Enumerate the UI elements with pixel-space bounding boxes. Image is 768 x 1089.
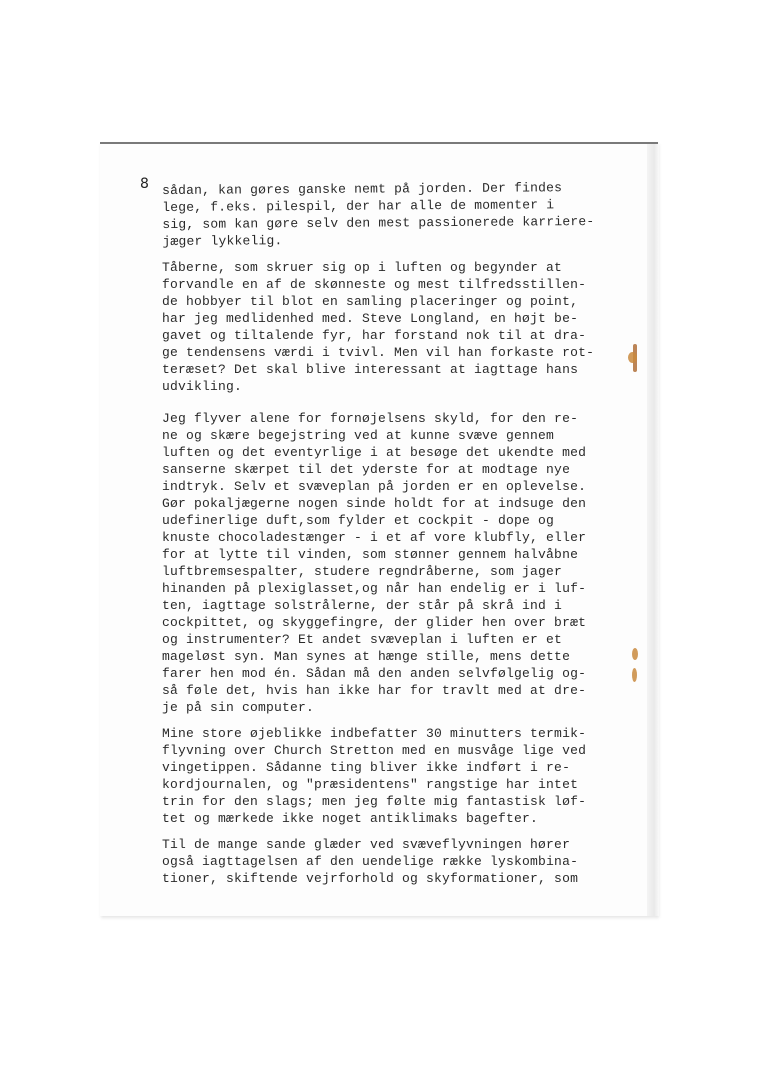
document-page: 8 sådan, kan gøres ganske nemt på jorden… [100,142,658,916]
paragraph: Mine store øjeblikke indbefatter 30 minu… [162,725,642,827]
paragraph: sådan, kan gøres ganske nemt på jorden. … [162,179,642,250]
paragraph: Tåberne, som skruer sig op i luften og b… [162,259,642,395]
paragraph: Jeg flyver alene for fornøjelsens skyld,… [162,410,642,716]
page-number: 8 [140,176,149,192]
paragraph: Til de mange sande glæder ved svæveflyvn… [162,836,642,887]
body-text: sådan, kan gøres ganske nemt på jorden. … [162,182,642,896]
page-fold [647,144,659,916]
